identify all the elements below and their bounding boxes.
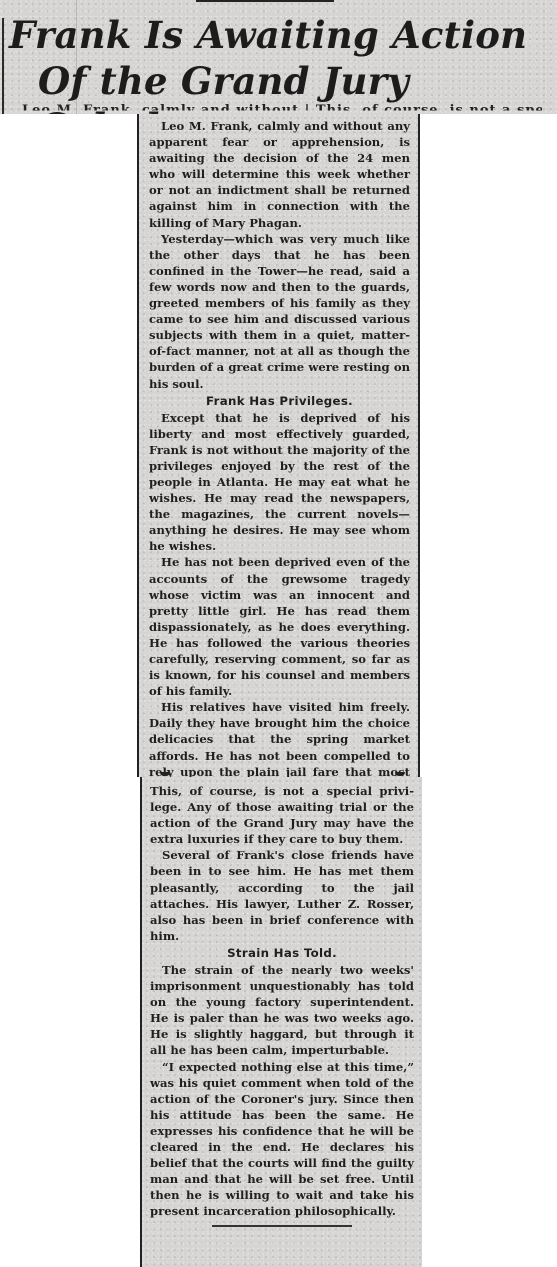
paragraph: Yesterday—which was very much like the o…: [149, 231, 410, 392]
paragraph: He has not been deprived even of the acc…: [149, 554, 410, 699]
subheading: Frank Has Privileges.: [149, 393, 410, 409]
top-rule: [196, 0, 334, 2]
headline: Frank Is Awaiting Action Of the Grand Ju…: [0, 12, 557, 114]
article-column-bottom: This, of course, is not a special privi­…: [140, 777, 422, 1267]
paragraph: This, of course, is not a special privi­…: [150, 783, 414, 847]
end-rule: [212, 1225, 352, 1227]
article-column-top: Leo M. Frank, calmly and without any app…: [137, 114, 420, 777]
paragraph: Except that he is deprived of his libert…: [149, 410, 410, 555]
headline-clipping: Frank Is Awaiting Action Of the Grand Ju…: [0, 0, 557, 114]
paragraph: Leo M. Frank, calmly and without any app…: [149, 118, 410, 231]
paragraph: “I expected nothing else at this time,” …: [150, 1059, 414, 1220]
subheading: Strain Has Told.: [150, 945, 414, 961]
paragraph: The strain of the nearly two weeks' impr…: [150, 962, 414, 1059]
paragraph: Several of Frank's close friends have be…: [150, 847, 414, 944]
headline-line-1: Frank Is Awaiting Action: [0, 12, 557, 58]
